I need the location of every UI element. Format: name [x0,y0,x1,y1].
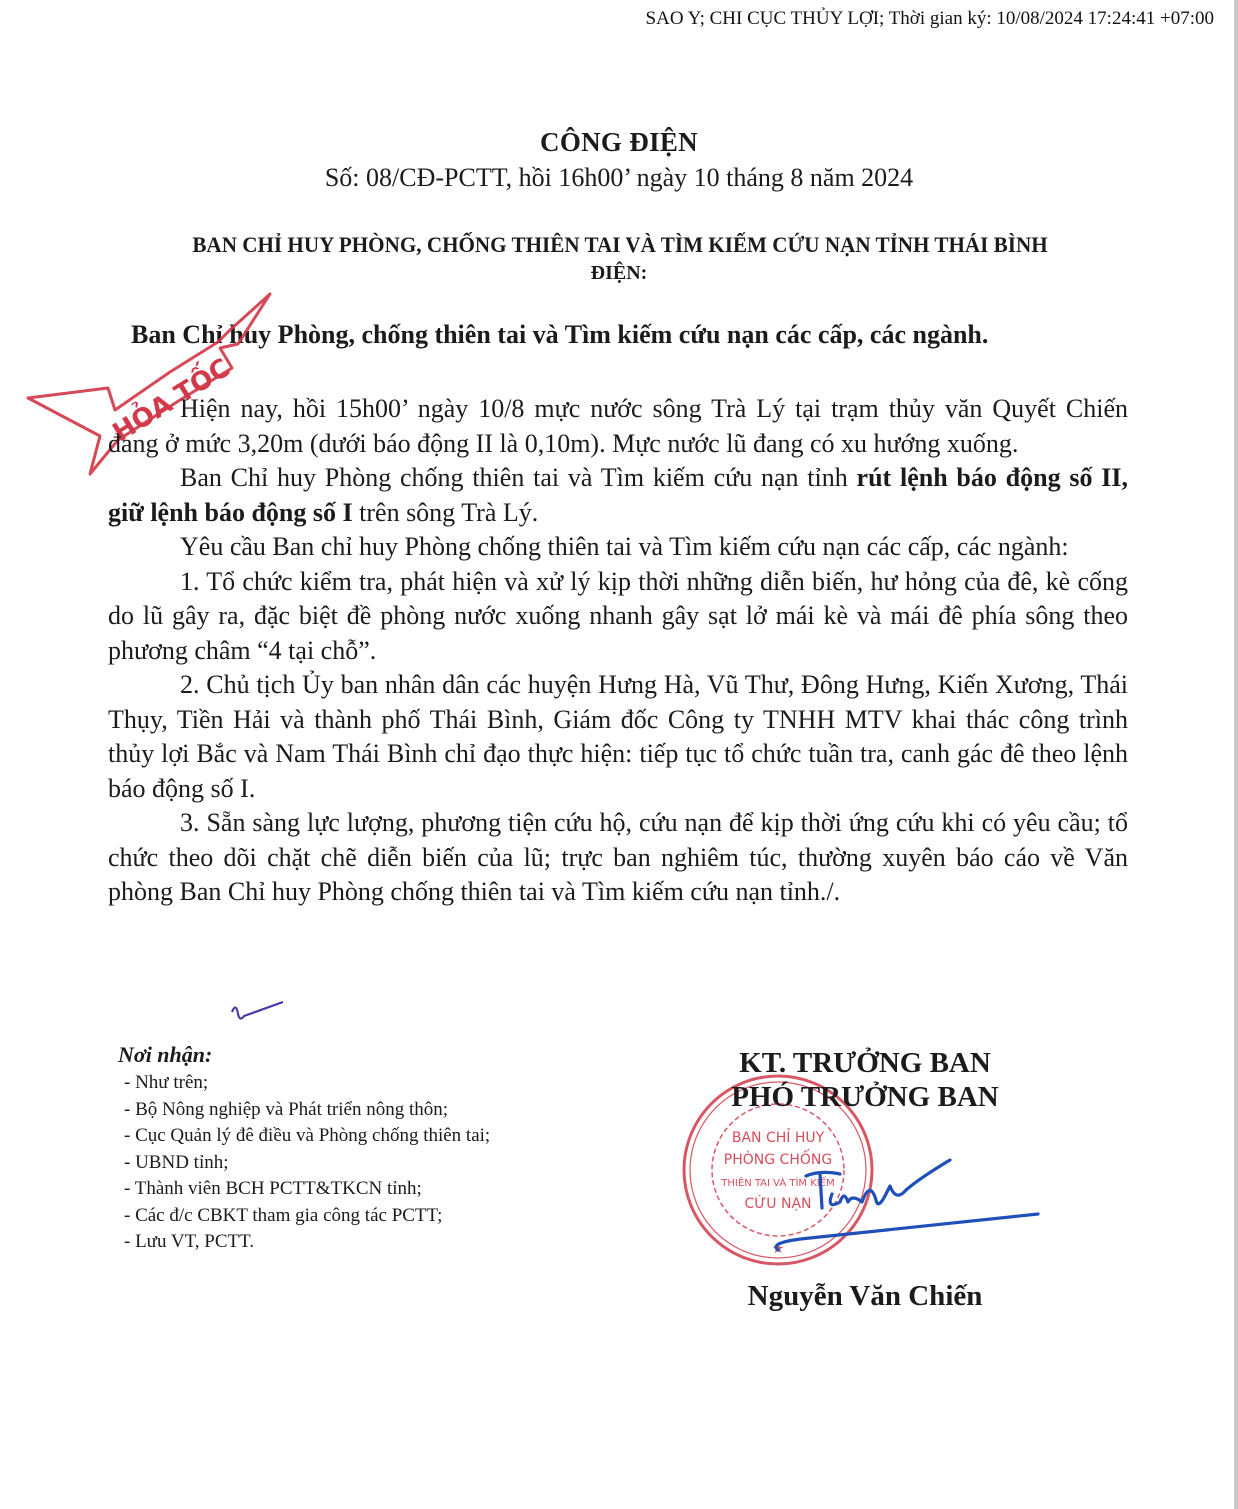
document-body: Hiện nay, hồi 15h00’ ngày 10/8 mực nước … [108,392,1128,910]
recipient-item: - Như trên; [124,1070,490,1097]
paragraph-request: Yêu cầu Ban chỉ huy Phòng chống thiên ta… [108,530,1128,565]
signer-title-deputy: PHÓ TRƯỞNG BAN [700,1080,1030,1114]
signer-title-kt: KT. TRƯỞNG BAN [700,1046,1030,1080]
signature-title-block: KT. TRƯỞNG BAN PHÓ TRƯỞNG BAN [700,1046,1030,1114]
digital-signature-header: SAO Y; CHI CỤC THỦY LỢI; Thời gian ký: 1… [646,8,1214,30]
document-title: CÔNG ĐIỆN [0,127,1238,158]
recipient-item: - Cục Quản lý đê điều và Phòng chống thi… [124,1123,490,1150]
signer-name: Nguyễn Văn Chiến [700,1280,1030,1313]
recipient-item: - Các đ/c CBKT tham gia công tác PCTT; [124,1203,490,1230]
page-edge-border [1234,0,1238,1509]
request-item-1: 1. Tổ chức kiểm tra, phát hiện và xử lý … [108,565,1128,669]
document-number-line: Số: 08/CĐ-PCTT, hồi 16h00’ ngày 10 tháng… [0,163,1238,193]
request-item-2: 2. Chủ tịch Ủy ban nhân dân các huyện Hư… [108,668,1128,806]
recipient-item: - Thành viên BCH PCTT&TKCN tỉnh; [124,1176,490,1203]
recipients-list: - Như trên; - Bộ Nông nghiệp và Phát tri… [118,1070,490,1256]
handwritten-signature-icon [770,1150,1040,1260]
recipient-item: - Bộ Nông nghiệp và Phát triển nông thôn… [124,1097,490,1124]
svg-text:BAN CHỈ HUY: BAN CHỈ HUY [732,1128,825,1146]
recipients-title: Nơi nhận: [118,1042,490,1068]
request-item-3: 3. Sẵn sàng lực lượng, phương tiện cứu h… [108,806,1128,910]
recipient-item: - UBND tỉnh; [124,1150,490,1177]
issuing-authority: BAN CHỈ HUY PHÒNG, CHỐNG THIÊN TAI VÀ TÌ… [121,232,1119,258]
paragraph-alert-order: Ban Chỉ huy Phòng chống thiên tai và Tìm… [108,461,1128,530]
dien-label: ĐIỆN: [0,262,1238,285]
recipients-block: Nơi nhận: - Như trên; - Bộ Nông nghiệp v… [118,1042,490,1256]
initial-mark-icon [228,996,288,1026]
paragraph-water-level: Hiện nay, hồi 15h00’ ngày 10/8 mực nước … [108,392,1128,461]
recipient-item: - Lưu VT, PCTT. [124,1229,490,1256]
